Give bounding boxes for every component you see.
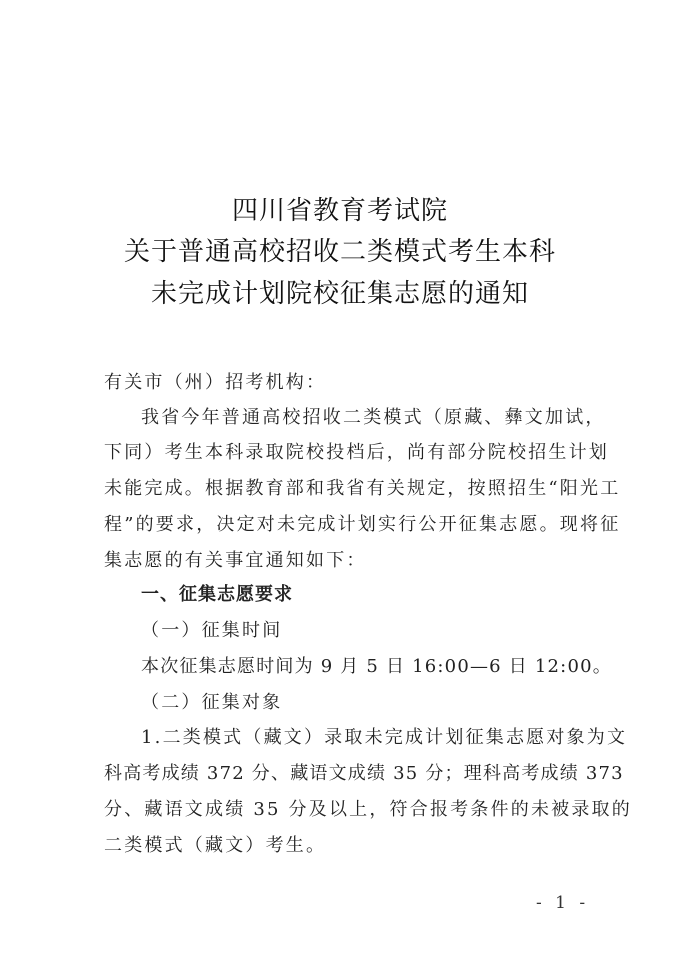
item-line: 科高考成绩 372 分、藏语文成绩 35 分；理科高考成绩 373	[104, 762, 579, 786]
intro-line: 下同）考生本科录取院校投档后，尚有部分院校招生计划	[104, 441, 579, 465]
item-line: 1.二类模式（藏文）录取未完成计划征集志愿对象为文	[141, 726, 579, 750]
document-page: 四川省教育考试院 关于普通高校招收二类模式考生本科 未完成计划院校征集志愿的通知…	[0, 0, 680, 962]
salutation: 有关市（州）招考机构：	[104, 371, 579, 395]
subsection-heading: （二）征集对象	[141, 691, 579, 715]
item-line: 分、藏语文成绩 35 分及以上，符合报考条件的未被录取的	[104, 798, 579, 822]
subsection-heading: （一）征集时间	[141, 619, 579, 643]
intro-line: 未能完成。根据教育部和我省有关规定，按照招生“阳光工	[104, 477, 579, 501]
page-number: - 1 -	[536, 893, 589, 913]
item-line: 二类模式（藏文）考生。	[104, 834, 579, 858]
intro-line: 集志愿的有关事宜通知如下：	[104, 549, 579, 573]
intro-line: 程”的要求，决定对未完成计划实行公开征集志愿。现将征	[104, 513, 579, 537]
intro-line: 我省今年普通高校招收二类模式（原藏、彝文加试，	[141, 406, 579, 430]
title-line-1: 四川省教育考试院	[0, 196, 680, 226]
subsection-text: 本次征集志愿时间为 9 月 5 日 16:00—6 日 12:00。	[141, 655, 579, 679]
title-line-2: 关于普通高校招收二类模式考生本科	[0, 237, 680, 267]
section-heading: 一、征集志愿要求	[141, 583, 579, 607]
title-line-3: 未完成计划院校征集志愿的通知	[0, 279, 680, 309]
